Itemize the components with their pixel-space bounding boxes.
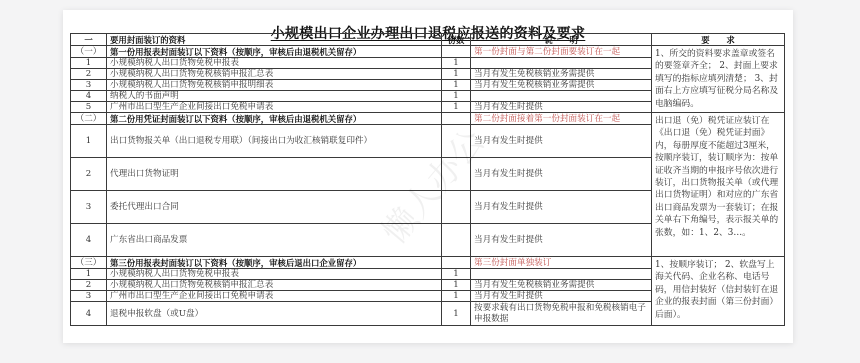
section-note: 第二份封面接着第一份封面装订在一起 xyxy=(471,113,652,125)
item-name: 广州市出口型生产企业间接出口免税申请表 xyxy=(107,291,442,302)
section-title: 第三份用报表封面装订以下资料（按顺序，审核后退出口企业留存） xyxy=(107,257,442,269)
item-name: 小规模纳税人出口货物免税核销申报汇总表 xyxy=(107,280,442,291)
section-row: （二） 第二份用凭证封面装订以下资料（按顺序，审核后由退税机关留存） 第二份封面… xyxy=(71,113,785,125)
header-name: 要用封面装订的资料 xyxy=(107,34,442,46)
item-name: 小规模纳税人出口货物免税申报表 xyxy=(107,269,442,280)
item-name: 委托代理出口合同 xyxy=(107,191,442,224)
section-note: 第一份封面与第二份封面要装订在一起 xyxy=(471,46,652,58)
table-header-row: 一 要用封面装订的资料 份数 说 明 要 求 xyxy=(71,34,785,46)
item-name: 退税申报软盘（或U盘） xyxy=(107,302,442,326)
materials-table: 一 要用封面装订的资料 份数 说 明 要 求 （一） 第一份用报表封面装订以下资… xyxy=(70,33,785,326)
header-count: 份数 xyxy=(442,34,471,46)
section-no: （一） xyxy=(71,46,107,58)
item-name: 广州市出口型生产企业间接出口免税申请表 xyxy=(107,102,442,113)
header-note: 说 明 xyxy=(471,34,652,46)
section-title: 第一份用报表封面装订以下资料（按顺序，审核后由退税机关留存） xyxy=(107,46,442,58)
item-name: 广东省出口商品发票 xyxy=(107,224,442,257)
header-requirement: 要 求 xyxy=(652,34,785,46)
item-name: 小规模纳税人出口货物免税核销申报汇总表 xyxy=(107,69,442,80)
item-name: 代理出口货物证明 xyxy=(107,158,442,191)
section-requirement: 1、按顺序装订； 2、软盘写上海关代码、企业名称、电话号码，用信封装好（信封装钉… xyxy=(652,257,785,326)
item-name: 小规模纳税人出口货物免税核销申报明细表 xyxy=(107,80,442,91)
item-name: 小规模纳税人出口货物免税申报表 xyxy=(107,58,442,69)
section-no: （二） xyxy=(71,113,107,125)
item-name: 纳税人的书面声明 xyxy=(107,91,442,102)
section-title: 第二份用凭证封面装订以下资料（按顺序，审核后由退税机关留存） xyxy=(107,113,442,125)
section-requirement: 1、所交的资料要求盖章或签名的要签章齐全； 2、封面上要求填写的指标应填列清楚；… xyxy=(652,46,785,113)
document-page: 小规模出口企业办理出口退税应报送的资料及要求 一 要用封面装订的资料 份数 说 … xyxy=(63,10,793,343)
section-row: （三） 第三份用报表封面装订以下资料（按顺序，审核后退出口企业留存） 第三份封面… xyxy=(71,257,785,269)
section-requirement: 出口退（免）税凭证应装订在《出口退（免）税凭证封面》内，每册厚度不能超过3厘米，… xyxy=(652,113,785,257)
section-no: （三） xyxy=(71,257,107,269)
section-note: 第三份封面单独装订 xyxy=(471,257,652,269)
header-no: 一 xyxy=(71,34,107,46)
item-name: 出口货物报关单（出口退税专用联）（间接出口为收汇核销联复印件） xyxy=(107,125,442,158)
section-row: （一） 第一份用报表封面装订以下资料（按顺序，审核后由退税机关留存） 第一份封面… xyxy=(71,46,785,58)
